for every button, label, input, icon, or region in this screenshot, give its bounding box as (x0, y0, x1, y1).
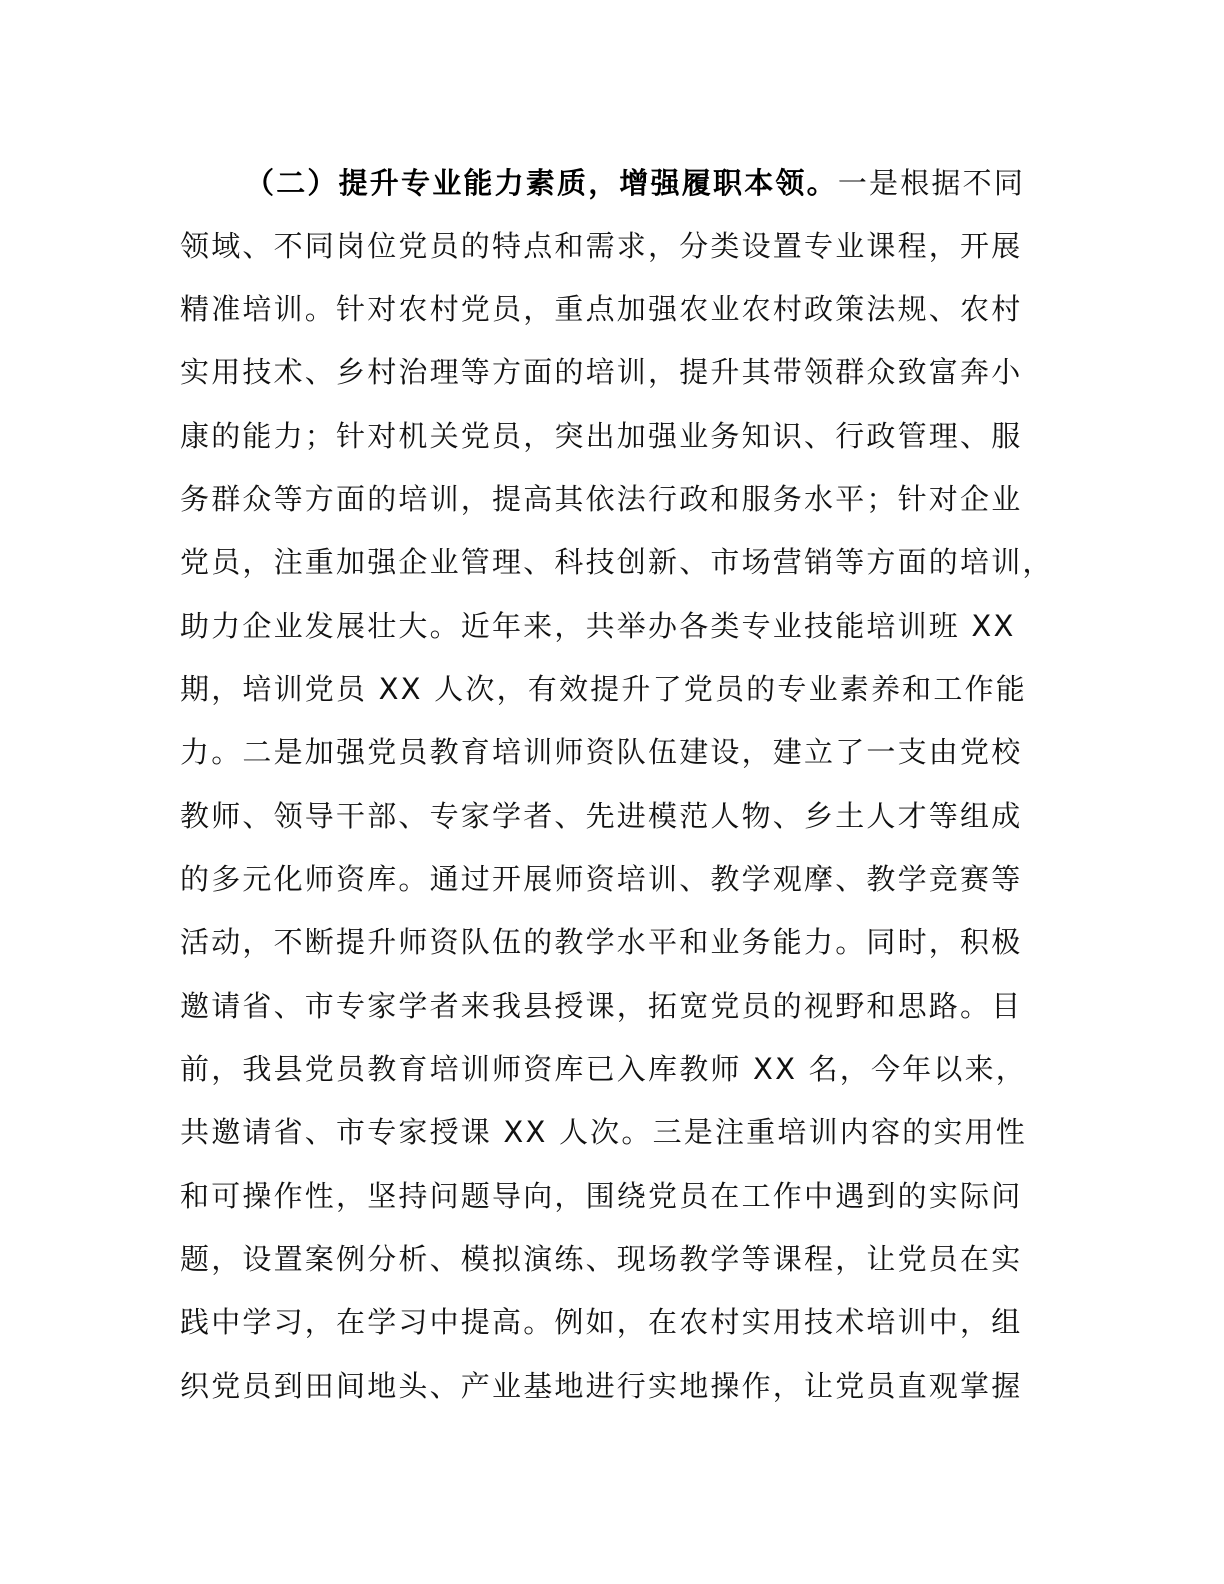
paragraph-line-13: 活动，不断提升师资队伍的教学水平和业务能力。同时，积极 (180, 922, 1022, 962)
paragraph-line-9: 期，培训党员 XX 人次，有效提升了党员的专业素养和工作能 (180, 669, 1027, 709)
paragraph-line-6: 务群众等方面的培训，提高其依法行政和服务水平；针对企业 (180, 479, 1022, 519)
paragraph-line-14: 邀请省、市专家学者来我县授课，拓宽党员的视野和思路。目 (180, 986, 1022, 1026)
paragraph-line-10: 力。二是加强党员教育培训师资队伍建设，建立了一支由党校 (180, 732, 1022, 772)
paragraph-line-1: （二）提升专业能力素质，增强履职本领。一是根据不同 (245, 163, 1025, 203)
paragraph-line-16: 共邀请省、市专家授课 XX 人次。三是注重培训内容的实用性 (180, 1112, 1027, 1152)
paragraph-line-15: 前，我县党员教育培训师资库已入库教师 XX 名，今年以来， (180, 1049, 1027, 1089)
paragraph-line-11: 教师、领导干部、专家学者、先进模范人物、乡土人才等组成 (180, 796, 1022, 836)
paragraph-line-3: 精准培训。针对农村党员，重点加强农业农村政策法规、农村 (180, 289, 1022, 329)
paragraph-line-2: 领域、不同岗位党员的特点和需求，分类设置专业课程，开展 (180, 226, 1022, 266)
paragraph-line-7: 党员，注重加强企业管理、科技创新、市场营销等方面的培训， (180, 542, 1054, 582)
paragraph-line-19: 践中学习，在学习中提高。例如，在农村实用技术培训中，组 (180, 1302, 1022, 1342)
document-page: （二）提升专业能力素质，增强履职本领。一是根据不同 领域、不同岗位党员的特点和需… (0, 0, 1224, 1584)
section-heading: （二）提升专业能力素质，增强履职本领。 (245, 166, 838, 200)
paragraph-line-12: 的多元化师资库。通过开展师资培训、教学观摩、教学竞赛等 (180, 859, 1022, 899)
paragraph-line-18: 题，设置案例分析、模拟演练、现场教学等课程，让党员在实 (180, 1239, 1022, 1279)
paragraph-line-4: 实用技术、乡村治理等方面的培训，提升其带领群众致富奔小 (180, 352, 1022, 392)
line-text: 一是根据不同 (838, 166, 1025, 200)
paragraph-line-8: 助力企业发展壮大。近年来，共举办各类专业技能培训班 XX (180, 606, 1016, 646)
paragraph-line-17: 和可操作性，坚持问题导向，围绕党员在工作中遇到的实际问 (180, 1176, 1022, 1216)
paragraph-line-20: 织党员到田间地头、产业基地进行实地操作，让党员直观掌握 (180, 1366, 1022, 1406)
paragraph-line-5: 康的能力；针对机关党员，突出加强业务知识、行政管理、服 (180, 416, 1022, 456)
